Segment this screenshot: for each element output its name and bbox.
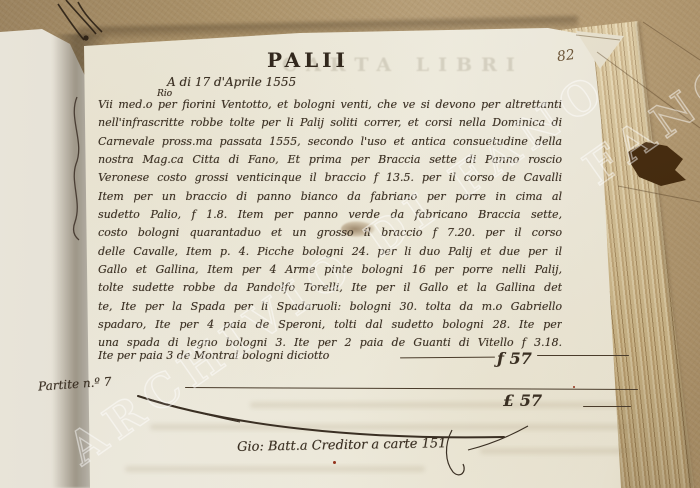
verso-showthrough-line xyxy=(125,466,425,472)
folio-number: 82 xyxy=(556,47,576,65)
manuscript-line: Veronese costo grossi venticinque il bra… xyxy=(98,169,562,187)
manuscript-line: costo bologni quarantaduo et un grosso i… xyxy=(98,224,562,242)
verso-showthrough-line xyxy=(250,402,630,408)
manuscript-line: Carnevale pross.ma passata 1555, secondo… xyxy=(98,133,562,151)
manuscript-line: tolte sudette robbe da Pandolfo Torelli,… xyxy=(98,279,562,297)
manuscript-line: nostra Mag.ca Citta di Fano, Et prima pe… xyxy=(98,151,562,169)
manuscript-line-last: Ite per paia 3 de Montral bologni diciot… xyxy=(98,349,329,362)
total-florins: ƒ 57 xyxy=(497,349,532,368)
verso-showthrough-line xyxy=(480,448,630,454)
entry-date: A di 17 d'Aprile 1555 xyxy=(167,75,296,89)
manuscript-line: sudetto Palio, f 1.8. Item per panno ver… xyxy=(98,206,562,224)
manuscript-line: delle Cavalle, Item p. 4. Picche bologni… xyxy=(98,243,562,261)
manuscript-line: Item per un braccio di panno bianco da f… xyxy=(98,188,562,206)
red-ink-dot xyxy=(573,386,575,388)
page-title: PALII xyxy=(267,48,349,72)
photo-scene: CARTA LIBRI PALII A di 17 d'Aprile 1555 … xyxy=(0,0,700,488)
manuscript-line: Gallo et Gallina, Item per 4 Arme pinte … xyxy=(98,261,562,279)
total-lire: £ 57 xyxy=(503,391,542,410)
manuscript-line: nell'infrascritte robbe tolte per li Pal… xyxy=(98,114,562,132)
verso-showthrough-line xyxy=(150,424,630,430)
manuscript-line: te, Ite per la Spada per li Spadaruoli: … xyxy=(98,298,562,316)
manuscript-paragraph: Vii med.o per fiorini Ventotto, et bolog… xyxy=(98,96,562,353)
manuscript-line: Vii med.o per fiorini Ventotto, et bolog… xyxy=(98,96,562,114)
red-ink-dot xyxy=(333,461,336,464)
manuscript-line: spadaro, Ite per 4 paia de Speroni, tolt… xyxy=(98,316,562,334)
